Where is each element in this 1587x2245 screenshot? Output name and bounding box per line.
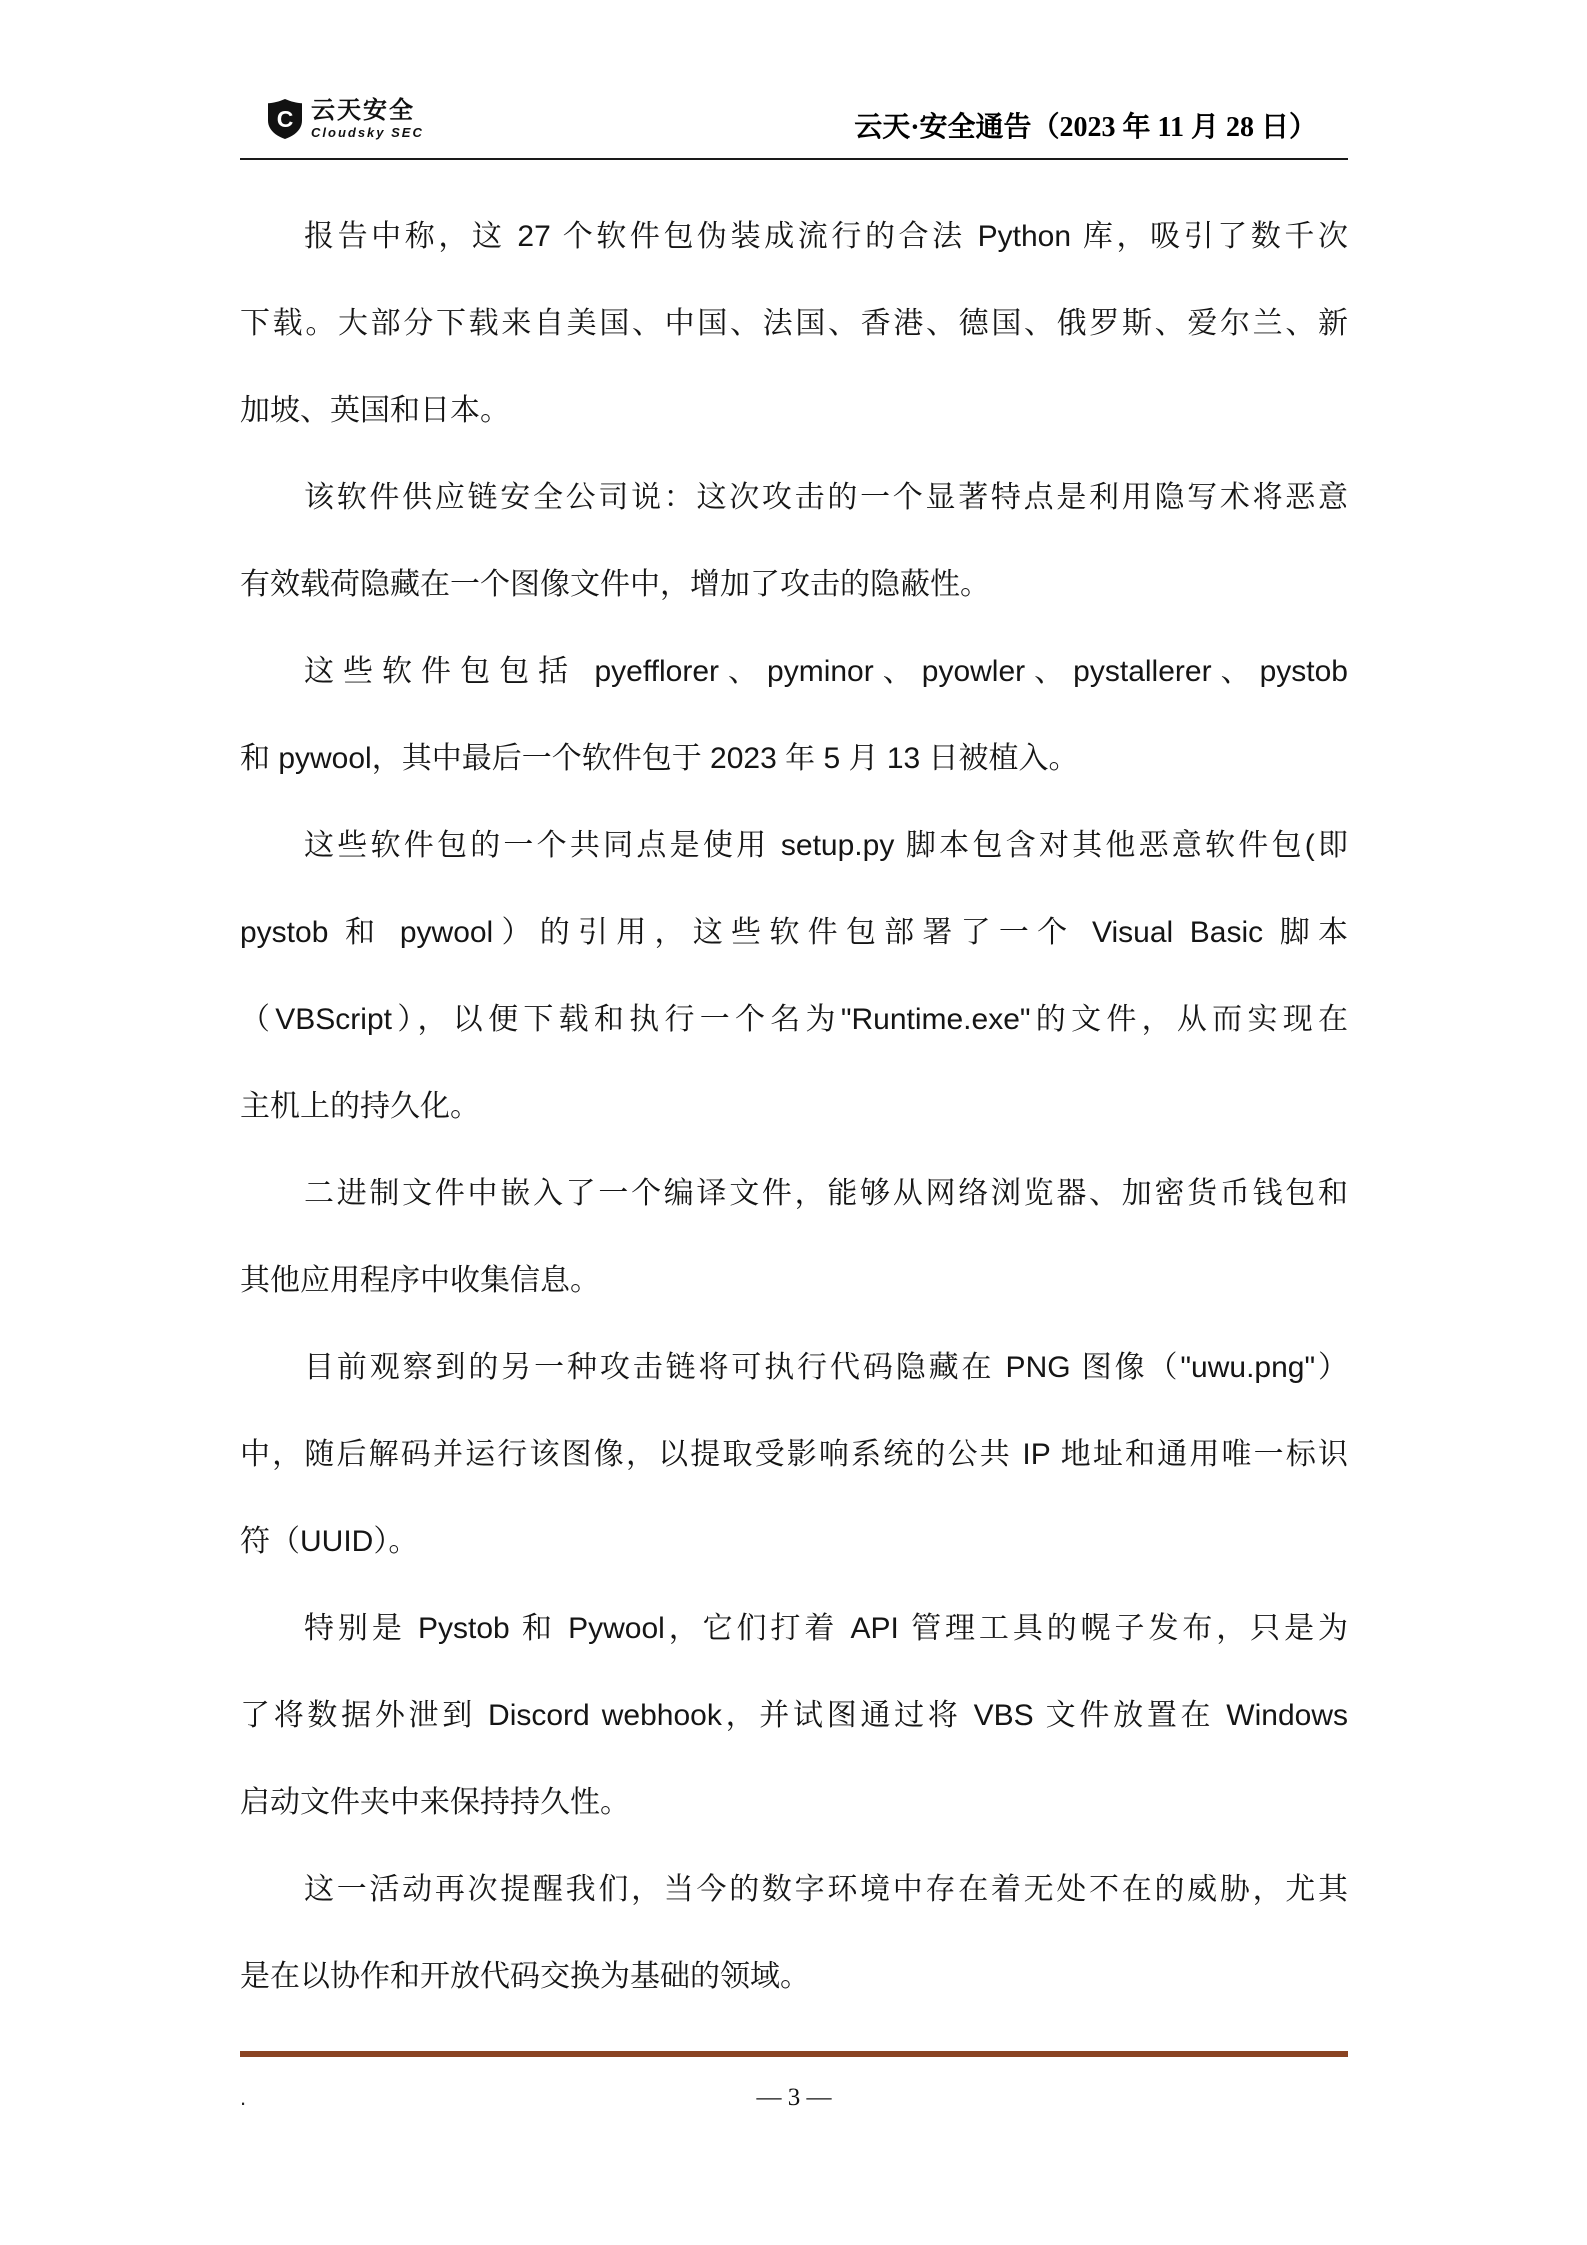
page-number: — 3 — [240,2082,1348,2114]
svg-text:C: C [277,106,294,132]
body-line: 符（UUID）。 [240,1498,1348,1585]
brand-name-en: Cloudsky SEC [311,126,424,139]
body-line: 中，随后解码并运行该图像，以提取受影响系统的公共 IP 地址和通用唯一标识 [240,1411,1348,1498]
brand-name-cn: 云天安全 [311,99,424,123]
body-line: 其他应用程序中收集信息。 [240,1237,1348,1324]
body-line: 主机上的持久化。 [240,1063,1348,1150]
body-line: 这些软件包包括 pyefflorer、pyminor、pyowler、pysta… [240,628,1348,715]
shield-c-icon: C [268,99,302,139]
body-line: 报告中称，这 27 个软件包伪装成流行的合法 Python 库，吸引了数千次 [240,193,1348,280]
body-line: 二进制文件中嵌入了一个编译文件，能够从网络浏览器、加密货币钱包和 [240,1150,1348,1237]
document-body: 报告中称，这 27 个软件包伪装成流行的合法 Python 库，吸引了数千次 下… [240,193,1348,2020]
body-line: 这些软件包的一个共同点是使用 setup.py 脚本包含对其他恶意软件包(即 [240,802,1348,889]
header-divider [240,158,1348,160]
body-line: 下载。大部分下载来自美国、中国、法国、香港、德国、俄罗斯、爱尔兰、新 [240,280,1348,367]
body-line: 该软件供应链安全公司说：这次攻击的一个显著特点是利用隐写术将恶意 [240,454,1348,541]
body-line: 这一活动再次提醒我们，当今的数字环境中存在着无处不在的威胁，尤其 [240,1846,1348,1933]
body-line: 是在以协作和开放代码交换为基础的领域。 [240,1933,1348,2020]
bulletin-title: 云天·安全通告（2023 年 11 月 28 日） [854,112,1317,144]
body-line: 目前观察到的另一种攻击链将可执行代码隐藏在 PNG 图像（"uwu.png"） [240,1324,1348,1411]
body-line: 有效载荷隐藏在一个图像文件中，增加了攻击的隐蔽性。 [240,541,1348,628]
brand-text: 云天安全 Cloudsky SEC [311,99,424,139]
brand-logo: C 云天安全 Cloudsky SEC [268,99,424,139]
body-line: 和 pywool，其中最后一个软件包于 2023 年 5 月 13 日被植入。 [240,715,1348,802]
footer-divider [240,2051,1348,2057]
body-line: 加坡、英国和日本。 [240,367,1348,454]
body-line: 特别是 Pystob 和 Pywool，它们打着 API 管理工具的幌子发布，只… [240,1585,1348,1672]
body-line: 启动文件夹中来保持持久性。 [240,1759,1348,1846]
body-line: pystob 和 pywool）的引用，这些软件包部署了一个 Visual Ba… [240,889,1348,976]
body-line: 了将数据外泄到 Discord webhook，并试图通过将 VBS 文件放置在… [240,1672,1348,1759]
body-line: （VBScript），以便下载和执行一个名为"Runtime.exe"的文件，从… [240,976,1348,1063]
document-page: C 云天安全 Cloudsky SEC 云天·安全通告（2023 年 11 月 … [0,0,1587,2245]
